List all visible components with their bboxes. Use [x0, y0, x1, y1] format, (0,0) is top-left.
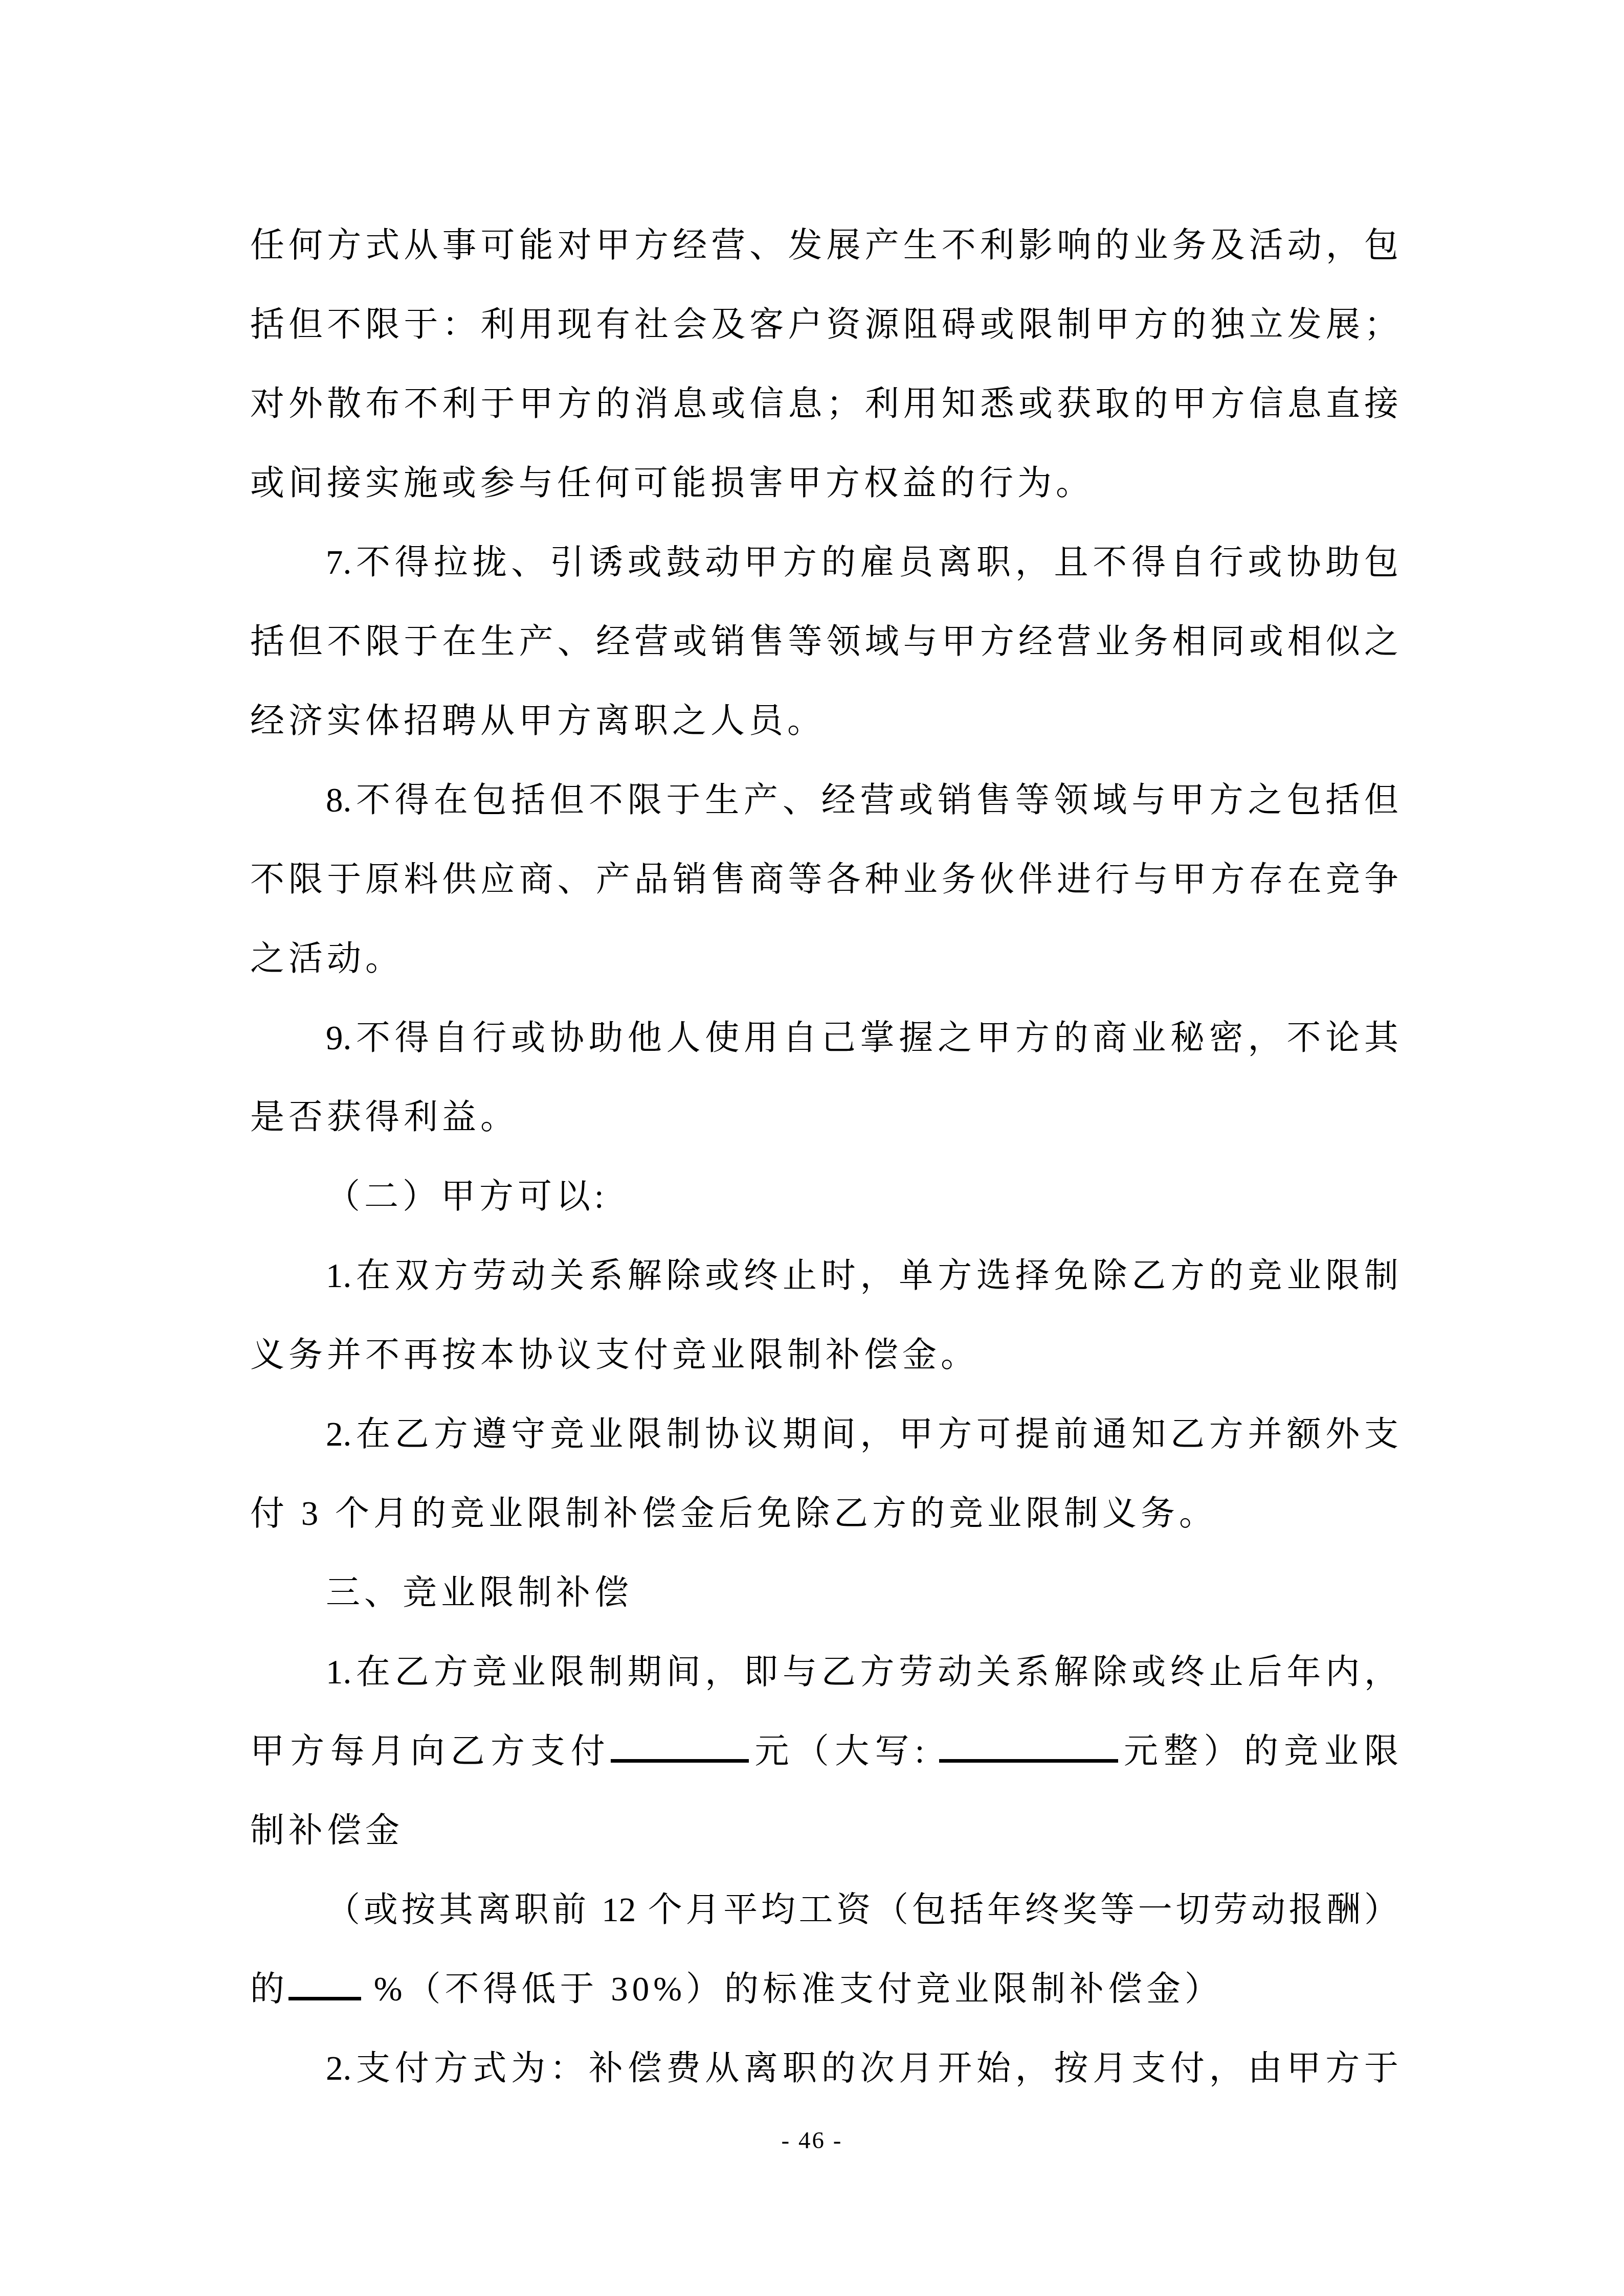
text-segment: %（不得低于 30%）的标准支付竞业限制补偿金） — [361, 1970, 1223, 2008]
text-segment: 付 3 个月的竞业限制补偿金后免除乙方的竞业限制义务。 — [250, 1495, 1217, 1533]
text-segment: 是否获得利益。 — [250, 1098, 519, 1136]
text-line: 的 %（不得低于 30%）的标准支付竞业限制补偿金） — [250, 1950, 1398, 2029]
text-segment: （二）甲方可以: — [326, 1178, 608, 1215]
text-segment: 对外散布不利于甲方的消息或信息；利用知悉或获取的甲方信息直接 — [250, 385, 1398, 423]
text-segment: 甲方每月向乙方支付 — [250, 1732, 611, 1770]
fill-in-blank — [939, 1728, 1118, 1763]
text-segment: 制补偿金 — [250, 1812, 404, 1850]
text-segment: 2.支付方式为：补偿费从离职的次月开始，按月支付，由甲方于 — [326, 2050, 1398, 2087]
text-line: 义务并不再按本协议支付竞业限制补偿金。 — [250, 1316, 1398, 1395]
document-page: 任何方式从事可能对甲方经营、发展产生不利影响的业务及活动，包括但不限于：利用现有… — [0, 0, 1624, 2296]
text-segment: 的 — [250, 1970, 288, 2008]
fill-in-blank — [288, 1966, 361, 2000]
text-line: 付 3 个月的竞业限制补偿金后免除乙方的竞业限制义务。 — [250, 1474, 1398, 1554]
text-segment: 义务并不再按本协议支付竞业限制补偿金。 — [250, 1336, 979, 1374]
text-line: （或按其离职前 12 个月平均工资（包括年终奖等一切劳动报酬） — [250, 1871, 1398, 1950]
page-number: - 46 - — [0, 2125, 1624, 2156]
text-segment: 8.不得在包括但不限于生产、经营或销售等领域与甲方之包括但 — [326, 781, 1398, 819]
text-line: 1.在乙方竞业限制期间，即与乙方劳动关系解除或终止后年内， — [250, 1633, 1398, 1712]
contract-text-block: 任何方式从事可能对甲方经营、发展产生不利影响的业务及活动，包括但不限于：利用现有… — [250, 206, 1398, 2108]
text-line: 括但不限于：利用现有社会及客户资源阻碍或限制甲方的独立发展； — [250, 285, 1398, 365]
text-segment: 括但不限于：利用现有社会及客户资源阻碍或限制甲方的独立发展； — [250, 306, 1398, 344]
text-line: 不限于原料供应商、产品销售商等各种业务伙伴进行与甲方存在竞争 — [250, 840, 1398, 919]
text-segment: 2.在乙方遵守竞业限制协议期间，甲方可提前通知乙方并额外支 — [326, 1415, 1398, 1453]
text-segment: 之活动。 — [250, 940, 404, 978]
text-line: 之活动。 — [250, 919, 1398, 999]
text-line: 或间接实施或参与任何可能损害甲方权益的行为。 — [250, 444, 1398, 523]
text-line: 括但不限于在生产、经营或销售等领域与甲方经营业务相同或相似之 — [250, 602, 1398, 682]
text-segment: 7.不得拉拢、引诱或鼓动甲方的雇员离职，且不得自行或协助包 — [326, 544, 1398, 581]
text-segment: 元（大写: — [749, 1732, 939, 1770]
text-segment: 经济实体招聘从甲方离职之人员。 — [250, 702, 826, 740]
fill-in-blank — [611, 1728, 749, 1763]
text-line: 2.在乙方遵守竞业限制协议期间，甲方可提前通知乙方并额外支 — [250, 1395, 1398, 1474]
text-segment: 不限于原料供应商、产品销售商等各种业务伙伴进行与甲方存在竞争 — [250, 861, 1398, 898]
text-line: 经济实体招聘从甲方离职之人员。 — [250, 682, 1398, 761]
text-segment: 1.在双方劳动关系解除或终止时，单方选择免除乙方的竞业限制 — [326, 1257, 1398, 1295]
text-line: 甲方每月向乙方支付元（大写: 元整）的竞业限 — [250, 1712, 1398, 1791]
text-segment: 或间接实施或参与任何可能损害甲方权益的行为。 — [250, 464, 1094, 502]
text-segment: 括但不限于在生产、经营或销售等领域与甲方经营业务相同或相似之 — [250, 623, 1398, 661]
text-line: 8.不得在包括但不限于生产、经营或销售等领域与甲方之包括但 — [250, 761, 1398, 840]
text-line: 对外散布不利于甲方的消息或信息；利用知悉或获取的甲方信息直接 — [250, 365, 1398, 444]
text-segment: （或按其离职前 12 个月平均工资（包括年终奖等一切劳动报酬） — [326, 1891, 1398, 1929]
text-line: 2.支付方式为：补偿费从离职的次月开始，按月支付，由甲方于 — [250, 2029, 1398, 2108]
text-line: （二）甲方可以: — [250, 1157, 1398, 1236]
text-line: 7.不得拉拢、引诱或鼓动甲方的雇员离职，且不得自行或协助包 — [250, 523, 1398, 602]
text-line: 1.在双方劳动关系解除或终止时，单方选择免除乙方的竞业限制 — [250, 1236, 1398, 1316]
text-line: 9.不得自行或协助他人使用自己掌握之甲方的商业秘密，不论其 — [250, 999, 1398, 1078]
text-line: 任何方式从事可能对甲方经营、发展产生不利影响的业务及活动，包 — [250, 206, 1398, 285]
text-line: 是否获得利益。 — [250, 1078, 1398, 1157]
text-line: 三、竞业限制补偿 — [250, 1554, 1398, 1633]
text-segment: 1.在乙方竞业限制期间，即与乙方劳动关系解除或终止后年内， — [326, 1653, 1398, 1691]
text-segment: 任何方式从事可能对甲方经营、发展产生不利影响的业务及活动，包 — [250, 227, 1398, 264]
text-line: 制补偿金 — [250, 1791, 1398, 1871]
text-segment: 9.不得自行或协助他人使用自己掌握之甲方的商业秘密，不论其 — [326, 1019, 1398, 1057]
text-segment: 三、竞业限制补偿 — [326, 1574, 633, 1612]
text-segment: 元整）的竞业限 — [1118, 1732, 1398, 1770]
